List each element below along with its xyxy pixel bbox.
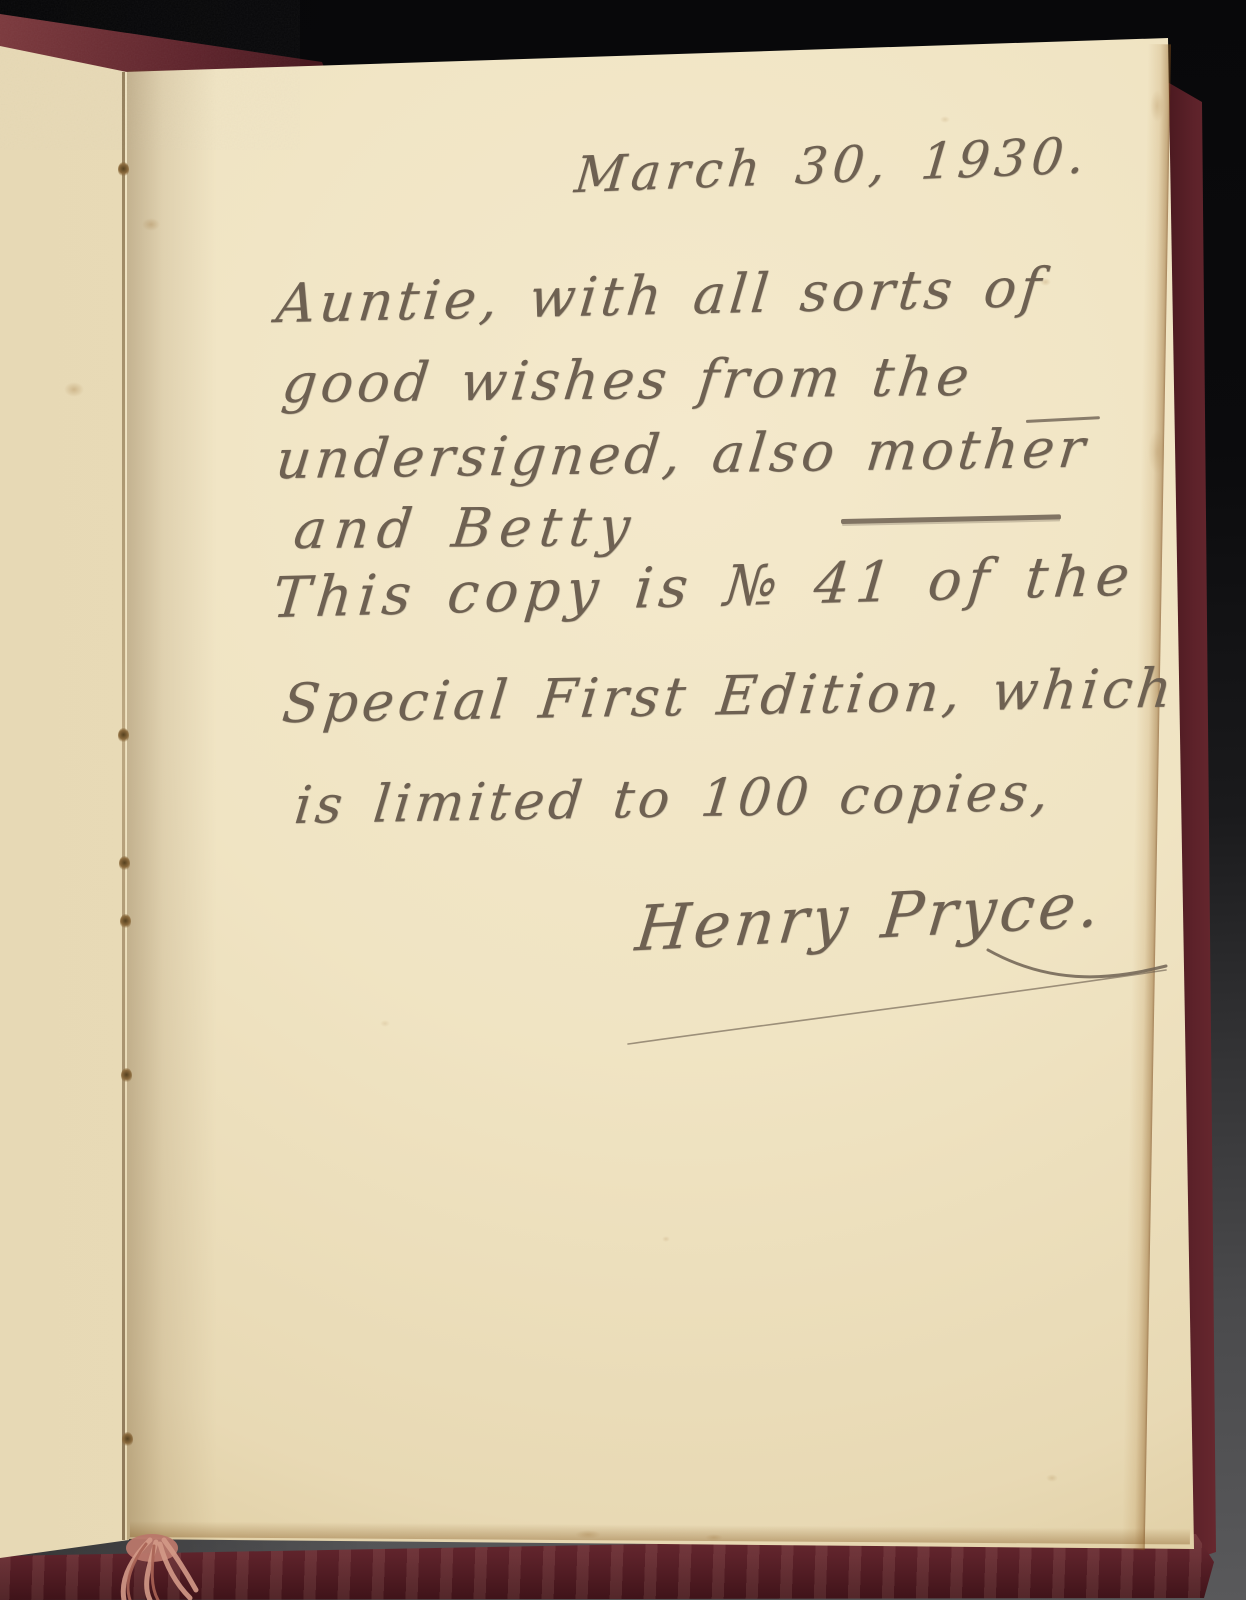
foxing-spot bbox=[1046, 1474, 1058, 1482]
gutter-crease bbox=[122, 72, 125, 1540]
stitch-knot bbox=[121, 1068, 132, 1083]
foxing-spot bbox=[662, 1236, 670, 1242]
inscription-line-3: undersigned, also mother bbox=[273, 417, 1092, 491]
stitch-knot bbox=[120, 914, 131, 929]
gutter-shadow bbox=[127, 70, 217, 1540]
foxing-spot bbox=[940, 116, 950, 123]
stitch-knot bbox=[118, 728, 129, 743]
foxing-spot bbox=[1150, 90, 1164, 122]
foxing-spot bbox=[142, 218, 160, 231]
inscription-line-2: good wishes from the bbox=[279, 345, 976, 415]
foxing-spot bbox=[64, 382, 84, 397]
inscription-line-4: and Betty bbox=[291, 495, 641, 561]
foxing-spot bbox=[705, 1534, 723, 1541]
foxing-spot bbox=[380, 1020, 390, 1027]
foxing-spot bbox=[575, 1530, 601, 1539]
stitch-knot bbox=[122, 1432, 133, 1447]
book-photo: March 30, 1930. Auntie, with all sorts o… bbox=[0, 0, 1246, 1600]
stitch-knot bbox=[119, 856, 130, 871]
foxing-spot bbox=[1148, 430, 1166, 474]
stitch-knot bbox=[118, 162, 129, 177]
